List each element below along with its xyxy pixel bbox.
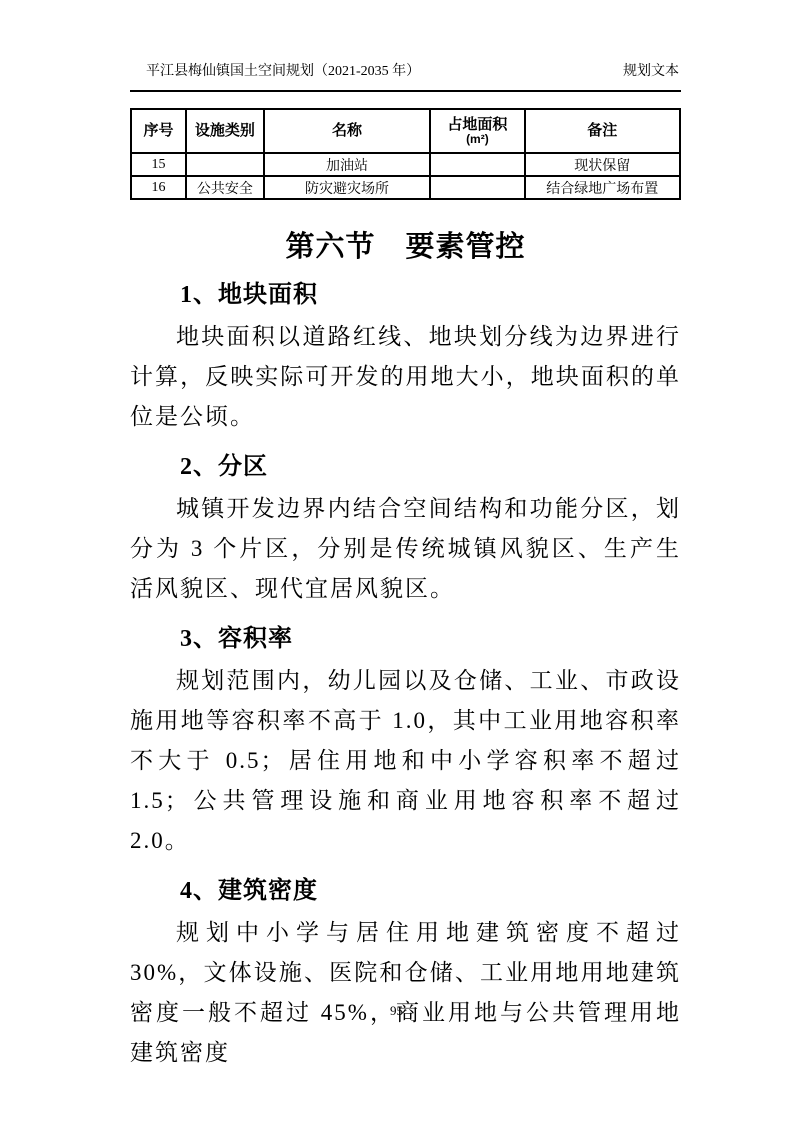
subsection-zoning: 2、分区 城镇开发边界内结合空间结构和功能分区，划分为 3 个片区，分别是传统城… — [130, 452, 681, 609]
column-header-area-unit: (m²) — [433, 133, 521, 146]
header-document-type: 规划文本 — [623, 60, 681, 80]
document-page: 平江县梅仙镇国土空间规划（2021-2035 年） 规划文本 序号 设施类别 名… — [0, 0, 793, 1122]
cell-category: 公共安全 — [186, 176, 264, 199]
subsection-heading: 4、建筑密度 — [130, 876, 681, 906]
column-header-category: 设施类别 — [186, 109, 264, 153]
facilities-table: 序号 设施类别 名称 占地面积 (m²) 备注 15 加油站 现状保留 16 公… — [130, 108, 681, 200]
subsection-body: 地块面积以道路红线、地块划分线为边界进行计算，反映实际可开发的用地大小，地块面积… — [130, 317, 681, 437]
page-number: 95 — [0, 1003, 793, 1019]
subsection-body: 规划中小学与居住用地建筑密度不超过 30%，文体设施、医院和仓储、工业用地用地建… — [130, 913, 681, 1073]
subsection-body: 规划范围内，幼儿园以及仓储、工业、市政设施用地等容积率不高于 1.0，其中工业用… — [130, 661, 681, 861]
column-header-remark: 备注 — [525, 109, 680, 153]
cell-area — [430, 153, 524, 176]
cell-category — [186, 153, 264, 176]
subsection-heading: 2、分区 — [130, 452, 681, 482]
table-header-row: 序号 设施类别 名称 占地面积 (m²) 备注 — [131, 109, 680, 153]
table-row: 15 加油站 现状保留 — [131, 153, 680, 176]
cell-area — [430, 176, 524, 199]
cell-name: 加油站 — [264, 153, 430, 176]
chapter-section-title: 第六节 要素管控 — [130, 224, 681, 265]
cell-no: 16 — [131, 176, 186, 199]
column-header-no: 序号 — [131, 109, 186, 153]
cell-no: 15 — [131, 153, 186, 176]
subsection-plot-ratio: 3、容积率 规划范围内，幼儿园以及仓储、工业、市政设施用地等容积率不高于 1.0… — [130, 624, 681, 861]
subsection-building-density: 4、建筑密度 规划中小学与居住用地建筑密度不超过 30%，文体设施、医院和仓储、… — [130, 876, 681, 1073]
subsection-body: 城镇开发边界内结合空间结构和功能分区，划分为 3 个片区，分别是传统城镇风貌区、… — [130, 489, 681, 609]
running-header: 平江县梅仙镇国土空间规划（2021-2035 年） 规划文本 — [130, 60, 681, 92]
subsection-heading: 1、地块面积 — [130, 280, 681, 310]
cell-remark: 结合绿地广场布置 — [525, 176, 680, 199]
subsection-heading: 3、容积率 — [130, 624, 681, 654]
table-row: 16 公共安全 防灾避灾场所 结合绿地广场布置 — [131, 176, 680, 199]
column-header-name: 名称 — [264, 109, 430, 153]
header-document-title: 平江县梅仙镇国土空间规划（2021-2035 年） — [130, 60, 420, 80]
subsection-plot-area: 1、地块面积 地块面积以道路红线、地块划分线为边界进行计算，反映实际可开发的用地… — [130, 280, 681, 437]
cell-name: 防灾避灾场所 — [264, 176, 430, 199]
cell-remark: 现状保留 — [525, 153, 680, 176]
column-header-area-label: 占地面积 — [433, 116, 521, 133]
column-header-area: 占地面积 (m²) — [430, 109, 524, 153]
